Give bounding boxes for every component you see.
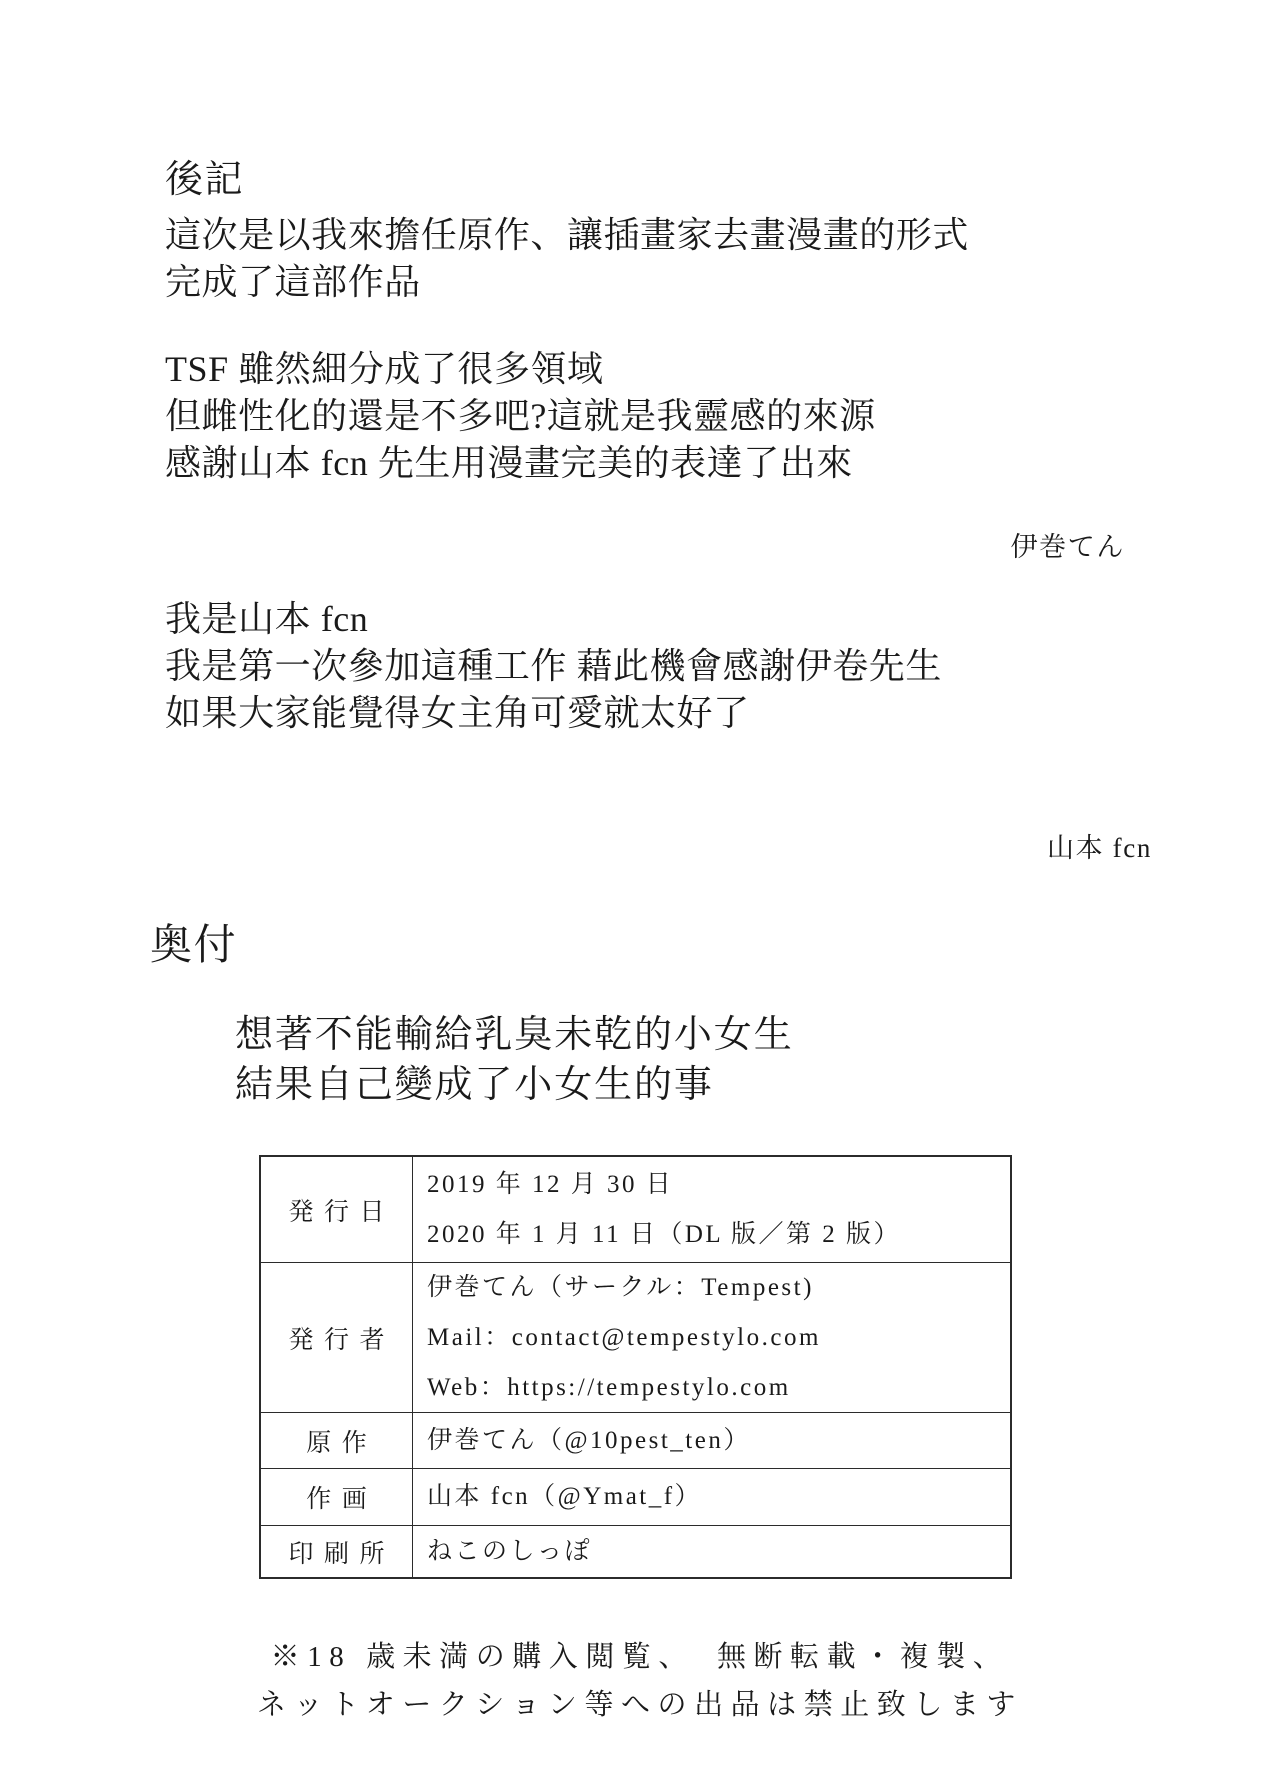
row-value: 2019 年 12 月 30 日 2020 年 1 月 11 日（DL 版／第 … bbox=[413, 1157, 1010, 1262]
paragraph-line: 我是山本 fcn bbox=[165, 596, 942, 643]
table-row-publisher: 発行者 伊巻てん（サークル：Tempest) Mail：contact@temp… bbox=[261, 1262, 1010, 1412]
work-title: 想著不能輸給乳臭未乾的小女生 結果自己變成了小女生的事 bbox=[235, 1010, 794, 1110]
author-signature-artist: 山本 fcn bbox=[1047, 826, 1152, 865]
disclaimer-line: ネットオークション等への出品は禁止致します bbox=[140, 1681, 1140, 1729]
paragraph-line: 如果大家能覺得女主角可愛就太好了 bbox=[165, 690, 942, 737]
work-title-line: 想著不能輸給乳臭未乾的小女生 bbox=[235, 1010, 794, 1060]
scanned-afterword-page: { "page": { "background": "#ffffff", "te… bbox=[0, 0, 1280, 1791]
table-row-printer: 印刷所 ねこのしっぽ bbox=[261, 1525, 1010, 1577]
afterword-heading: 後記 bbox=[165, 148, 244, 203]
row-label: 発行者 bbox=[261, 1263, 413, 1412]
work-title-line: 結果自己變成了小女生的事 bbox=[235, 1060, 794, 1110]
table-row-illustration: 作画 山本 fcn（@Ymat_f） bbox=[261, 1468, 1010, 1525]
table-row-publication-date: 発行日 2019 年 12 月 30 日 2020 年 1 月 11 日（DL … bbox=[261, 1157, 1010, 1262]
colophon-heading: 奥付 bbox=[150, 912, 237, 972]
afterword-paragraph-2: TSF 雖然細分成了很多領域 但雌性化的還是不多吧?這就是我靈感的來源 感謝山本… bbox=[165, 346, 876, 487]
table-row-original-story: 原作 伊巻てん（@10pest_ten） bbox=[261, 1412, 1010, 1468]
value-line: 2019 年 12 月 30 日 bbox=[427, 1160, 1010, 1210]
disclaimer-line: ※18 歳未満の購入閲覧、 無断転載・複製、 bbox=[140, 1633, 1140, 1681]
afterword-paragraph-3: 我是山本 fcn 我是第一次參加這種工作 藉此機會感謝伊卷先生 如果大家能覺得女… bbox=[165, 596, 942, 737]
row-label: 原作 bbox=[261, 1413, 413, 1468]
row-label: 印刷所 bbox=[261, 1526, 413, 1577]
paragraph-line: 我是第一次參加這種工作 藉此機會感謝伊卷先生 bbox=[165, 643, 942, 690]
paragraph-line: TSF 雖然細分成了很多領域 bbox=[165, 346, 876, 393]
paragraph-line: 但雌性化的還是不多吧?這就是我靈感的來源 bbox=[165, 393, 876, 440]
value-line: 伊巻てん（@10pest_ten） bbox=[427, 1416, 1010, 1466]
row-label: 発行日 bbox=[261, 1157, 413, 1262]
row-value: 山本 fcn（@Ymat_f） bbox=[413, 1469, 1010, 1525]
value-line: Web：https://tempestylo.com bbox=[427, 1363, 1010, 1413]
afterword-paragraph-1: 這次是以我來擔任原作、讓插畫家去畫漫畫的形式 完成了這部作品 bbox=[165, 212, 969, 306]
paragraph-line: 這次是以我來擔任原作、讓插畫家去畫漫畫的形式 bbox=[165, 212, 969, 259]
value-line: 2020 年 1 月 11 日（DL 版／第 2 版） bbox=[427, 1210, 1010, 1260]
paragraph-line: 完成了這部作品 bbox=[165, 259, 969, 306]
value-line: Mail：contact@tempestylo.com bbox=[427, 1313, 1010, 1363]
row-value: 伊巻てん（サークル：Tempest) Mail：contact@tempesty… bbox=[413, 1263, 1010, 1412]
value-line: 山本 fcn（@Ymat_f） bbox=[427, 1472, 1010, 1522]
author-signature-writer: 伊巻てん bbox=[1011, 525, 1125, 564]
row-value: 伊巻てん（@10pest_ten） bbox=[413, 1413, 1010, 1468]
value-line: ねこのしっぽ bbox=[427, 1527, 1010, 1577]
age-restriction-disclaimer: ※18 歳未満の購入閲覧、 無断転載・複製、 ネットオークション等への出品は禁止… bbox=[140, 1633, 1140, 1729]
row-label: 作画 bbox=[261, 1469, 413, 1525]
row-value: ねこのしっぽ bbox=[413, 1526, 1010, 1577]
value-line: 伊巻てん（サークル：Tempest) bbox=[427, 1263, 1010, 1313]
colophon-table: 発行日 2019 年 12 月 30 日 2020 年 1 月 11 日（DL … bbox=[259, 1155, 1012, 1579]
paragraph-line: 感謝山本 fcn 先生用漫畫完美的表達了出來 bbox=[165, 440, 876, 487]
